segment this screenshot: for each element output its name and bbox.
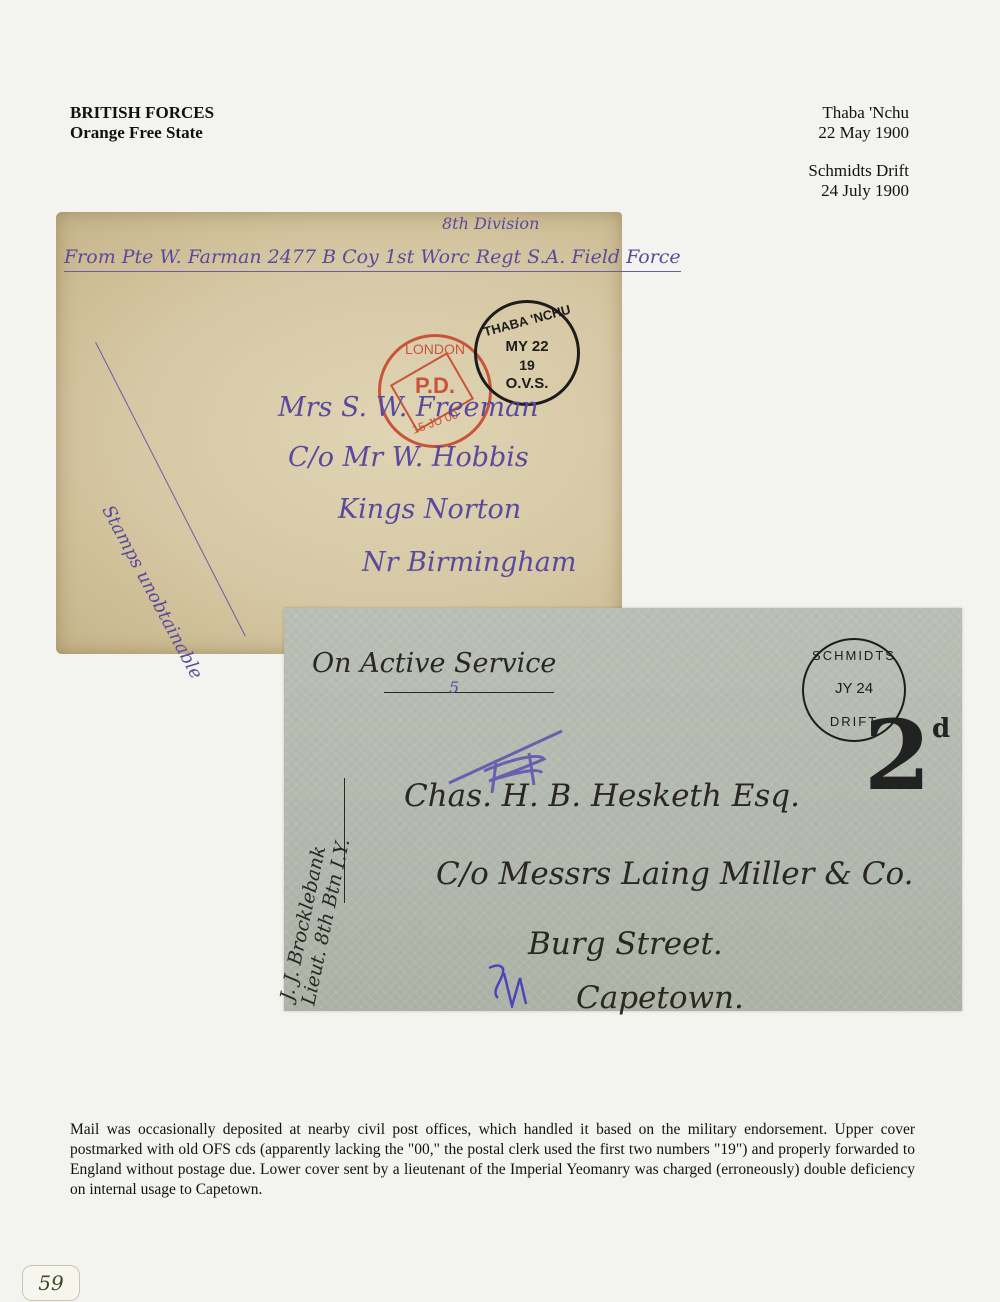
- postage-due-unit: d: [932, 714, 950, 744]
- thaba-nchu-postmark: THABA 'NCHU MY 22 19 O.V.S.: [474, 300, 580, 406]
- upper-cover-envelope: 8th Division From Pte W. Farman 2477 B C…: [56, 212, 622, 654]
- sender-line: From Pte W. Farman 2477 B Coy 1st Worc R…: [64, 246, 681, 272]
- postmark-text: SCHMIDTS: [804, 648, 904, 663]
- blue-crayon-initials: [484, 958, 534, 1008]
- diagonal-rule: [95, 342, 246, 636]
- postage-due-value: 2: [864, 699, 931, 812]
- heading-subtitle: Orange Free State: [70, 123, 214, 143]
- postmark-text: O.V.S.: [477, 375, 577, 392]
- postmark-text: LONDON: [381, 341, 489, 357]
- address-line: Chas. H. B. Hesketh Esq.: [404, 778, 800, 814]
- underline: [384, 692, 554, 693]
- location-place: Thaba 'Nchu: [808, 103, 909, 123]
- location-dates: Thaba 'Nchu 22 May 1900 Schmidts Drift 2…: [808, 103, 909, 201]
- lower-cover-envelope: On Active Service 5 SCHMIDTS JY 24 DRIFT…: [284, 608, 962, 1011]
- page-heading: BRITISH FORCES Orange Free State: [70, 103, 214, 143]
- division-note: 8th Division: [442, 214, 539, 233]
- location-place: Schmidts Drift: [808, 161, 909, 181]
- sender-signature: J. J. Brocklebank Lieut. 8th Btn I.Y.: [276, 832, 354, 1007]
- postmark-year: 19: [477, 357, 577, 373]
- page-number-label: 59: [22, 1265, 80, 1301]
- pencil-mark: 5: [449, 678, 459, 697]
- address-line: Burg Street.: [528, 926, 723, 962]
- location-date: 24 July 1900: [808, 181, 909, 201]
- address-line: Nr Birmingham: [362, 547, 577, 578]
- postage-due-handstamp: 2 d: [864, 708, 931, 804]
- postmark-date: MY 22: [477, 338, 577, 355]
- address-line: C/o Messrs Laing Miller & Co.: [436, 856, 913, 892]
- address-line: Mrs S. W. Freeman: [278, 392, 539, 423]
- active-service-endorsement: On Active Service: [312, 648, 556, 679]
- description-caption: Mail was occasionally deposited at nearb…: [70, 1120, 915, 1200]
- location-date: 22 May 1900: [808, 123, 909, 143]
- postmark-date: JY 24: [804, 680, 904, 697]
- address-line: Capetown.: [576, 980, 744, 1016]
- address-line: Kings Norton: [338, 494, 521, 525]
- address-line: C/o Mr W. Hobbis: [288, 442, 529, 473]
- heading-title: BRITISH FORCES: [70, 103, 214, 123]
- postmark-text: THABA 'NCHU: [477, 300, 577, 340]
